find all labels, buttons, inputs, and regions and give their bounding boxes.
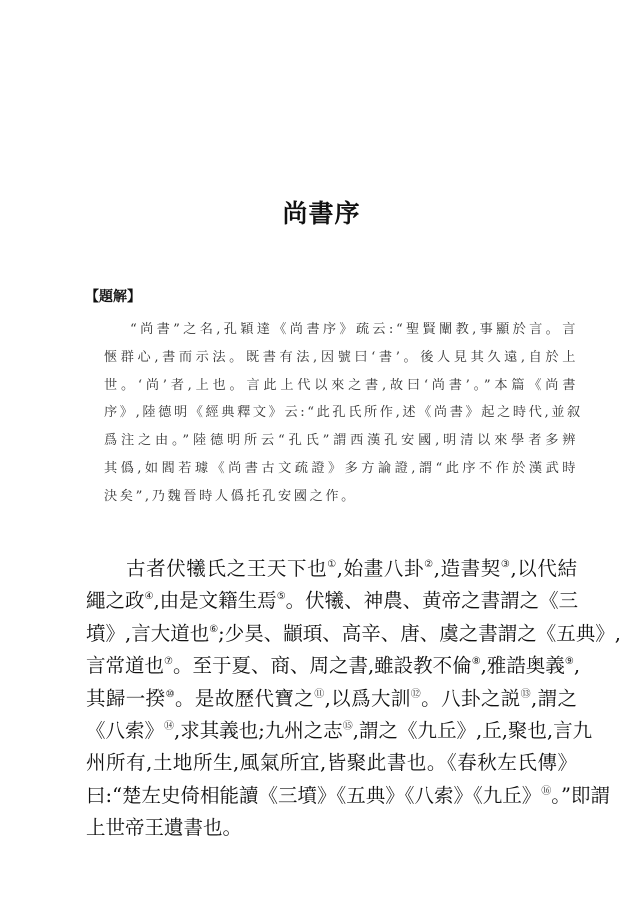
body-text-run: ,雅誥奥義	[481, 654, 565, 677]
footnote-marker[interactable]: ⑩	[166, 689, 175, 700]
body-text-run: ,造書契	[434, 557, 501, 580]
body-text-run: ,求其義也;九州之志	[174, 719, 343, 742]
section-label-tijie: 【題解】	[85, 287, 141, 307]
body-line: 古者伏犧氏之王天下也①,始畫八卦②,造書契③,以代結	[86, 553, 577, 585]
body-text-run: 古者伏犧氏之王天下也	[126, 557, 327, 580]
body-text-run: 其歸一揆	[86, 687, 166, 710]
body-line: 曰:“楚左史倚相能讀《三墳》《五典》《八索》《九丘》⑯。”即謂	[86, 780, 577, 812]
body-line: 上世帝王遺書也。	[86, 812, 577, 844]
body-text-run: 曰:“楚左史倚相能讀《三墳》《五典》《八索》《九丘》	[86, 784, 541, 807]
footnote-marker[interactable]: ⑥	[209, 624, 218, 635]
body-line: 言常道也⑦。至于夏、商、周之書,雖設教不倫⑧,雅誥奥義⑨,	[86, 650, 577, 682]
footnote-marker[interactable]: ⑫	[411, 689, 421, 700]
body-text-run: 州所有,土地所生,風氣所宜,皆聚此書也。《春秋左氏傳》	[86, 751, 577, 774]
body-text-run: ,由是文籍生焉	[153, 589, 276, 612]
annotation-line: 世。‘尚’者,上也。言此上代以來之書,故曰‘尚書’。”本篇《尚書	[104, 372, 578, 400]
body-text-run: 上世帝王遺書也。	[86, 816, 242, 839]
footnote-marker[interactable]: ⑭	[164, 721, 174, 732]
body-text-run: 繩之政	[86, 589, 145, 612]
annotation-line: “尚書”之名,孔穎達《尚書序》疏云:“聖賢闡教,事顯於言。言	[104, 316, 578, 344]
footnote-marker[interactable]: ②	[424, 559, 434, 570]
body-text-run: ,始畫八卦	[337, 557, 424, 580]
footnote-marker[interactable]: ⑧	[472, 656, 481, 667]
body-text-run: 。八卦之説	[421, 687, 520, 710]
main-text-paragraph: 古者伏犧氏之王天下也①,始畫八卦②,造書契③,以代結繩之政④,由是文籍生焉⑤。伏…	[86, 553, 577, 845]
document-page: 尚書序 【題解】 “尚書”之名,孔穎達《尚書序》疏云:“聖賢闡教,事顯於言。言 …	[0, 0, 643, 911]
body-text-run: ,謂之《九丘》,丘,聚也,言九	[353, 719, 592, 742]
body-text-run: 墳》,言大道也	[86, 622, 209, 645]
annotation-line: 愜群心,書而示法。既書有法,因號曰‘書’。後人見其久遠,自於上	[104, 344, 578, 372]
body-text-run: 。至于夏、商、周之書,雖設教不倫	[173, 654, 472, 677]
footnote-marker[interactable]: ⑪	[314, 689, 324, 700]
annotation-line: 其僞,如閻若璩《尚書古文疏證》多方論證,謂“此序不作於漢武時	[104, 455, 578, 483]
footnote-marker[interactable]: ⑦	[164, 656, 173, 667]
body-text-run: ;少昊、顓頊、高辛、唐、虞之書謂之《五典》,	[218, 622, 621, 645]
body-text-run: ,以代結	[510, 557, 577, 580]
footnote-marker[interactable]: ①	[327, 559, 337, 570]
footnote-marker[interactable]: ⑨	[565, 656, 574, 667]
annotation-line: 決矣”,乃魏晉時人僞托孔安國之作。	[104, 483, 578, 511]
footnote-marker[interactable]: ⑮	[343, 721, 353, 732]
body-text-run: 《八索》	[86, 719, 164, 742]
page-title: 尚書序	[0, 196, 643, 232]
body-text-run: 言常道也	[86, 654, 164, 677]
body-text-run: ,以爲大訓	[325, 687, 411, 710]
body-text-run: ,謂之	[531, 687, 577, 710]
body-text-run: ,	[574, 654, 580, 677]
body-line: 墳》,言大道也⑥;少昊、顓頊、高辛、唐、虞之書謂之《五典》,	[86, 618, 577, 650]
body-line: 《八索》⑭,求其義也;九州之志⑮,謂之《九丘》,丘,聚也,言九	[86, 715, 577, 747]
body-text-run: 。是故歷代寶之	[175, 687, 314, 710]
body-line: 繩之政④,由是文籍生焉⑤。伏犧、神農、黄帝之書謂之《三	[86, 585, 577, 617]
annotation-paragraph: “尚書”之名,孔穎達《尚書序》疏云:“聖賢闡教,事顯於言。言 愜群心,書而示法。…	[104, 316, 578, 511]
body-text-run: 。”即謂	[551, 784, 610, 807]
body-text-run: 。伏犧、神農、黄帝之書謂之《三	[286, 589, 579, 612]
annotation-line: 序》,陸德明《經典釋文》云:“此孔氏所作,述《尚書》起之時代,並叙	[104, 399, 578, 427]
body-line: 州所有,土地所生,風氣所宜,皆聚此書也。《春秋左氏傳》	[86, 747, 577, 779]
body-line: 其歸一揆⑩。是故歷代寶之⑪,以爲大訓⑫。八卦之説⑬,謂之	[86, 683, 577, 715]
footnote-marker[interactable]: ⑯	[541, 786, 551, 797]
annotation-line: 爲注之由。”陸德明所云“孔氏”謂西漢孔安國,明清以來學者多辨	[104, 427, 578, 455]
footnote-marker[interactable]: ⑬	[521, 689, 531, 700]
footnote-marker[interactable]: ⑤	[277, 591, 286, 602]
